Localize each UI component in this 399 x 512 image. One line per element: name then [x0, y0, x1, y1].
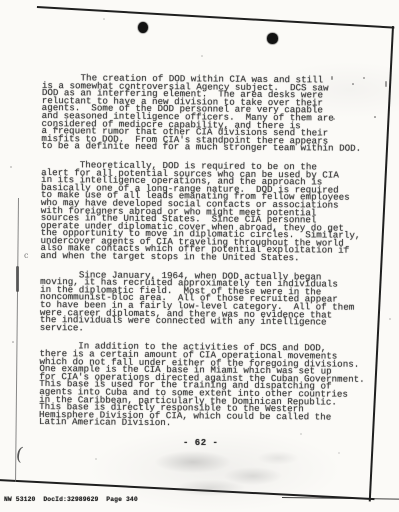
- scan-speck: [300, 433, 302, 435]
- scan-speck: [331, 76, 333, 80]
- scan-speck: [343, 247, 345, 249]
- scan-speck: [363, 77, 365, 79]
- archive-reference-stamp: NW 53120 DocId:32989629 Page 340: [4, 496, 138, 503]
- scan-speck: [12, 341, 14, 343]
- scan-speck: [201, 55, 203, 57]
- page-top-edge-line: [37, 6, 395, 28]
- scan-speck: [385, 81, 387, 87]
- text-block: The creation of DOD within CIA was and s…: [39, 74, 382, 440]
- paragraph: In addition to the activities of DCS and…: [39, 342, 380, 428]
- scan-speck: [56, 128, 58, 130]
- paragraph: Theoretically, DOD is required to be on …: [40, 161, 381, 263]
- scan-speck: [338, 452, 340, 454]
- scan-speck: [374, 116, 376, 118]
- scanned-document-page: The creation of DOD within CIA was and s…: [0, 0, 399, 512]
- hole-punch-dot-1: [138, 22, 148, 33]
- scan-speck: [95, 458, 97, 460]
- scan-speck: [333, 118, 335, 120]
- scan-speck: [389, 318, 391, 320]
- left-fold-line: [15, 198, 19, 482]
- hole-punch-dot-2: [267, 33, 278, 44]
- paragraph: Since January, 1964, when DOD actually b…: [40, 271, 381, 335]
- paragraph: The creation of DOD within CIA was and s…: [41, 74, 382, 153]
- handwritten-c-mark: c: [24, 251, 28, 260]
- scan-speck: [10, 166, 12, 168]
- scan-speck: [352, 83, 354, 85]
- left-fold-smudge: [16, 266, 19, 292]
- scan-smudge: [138, 444, 313, 502]
- scan-speck: [103, 18, 105, 20]
